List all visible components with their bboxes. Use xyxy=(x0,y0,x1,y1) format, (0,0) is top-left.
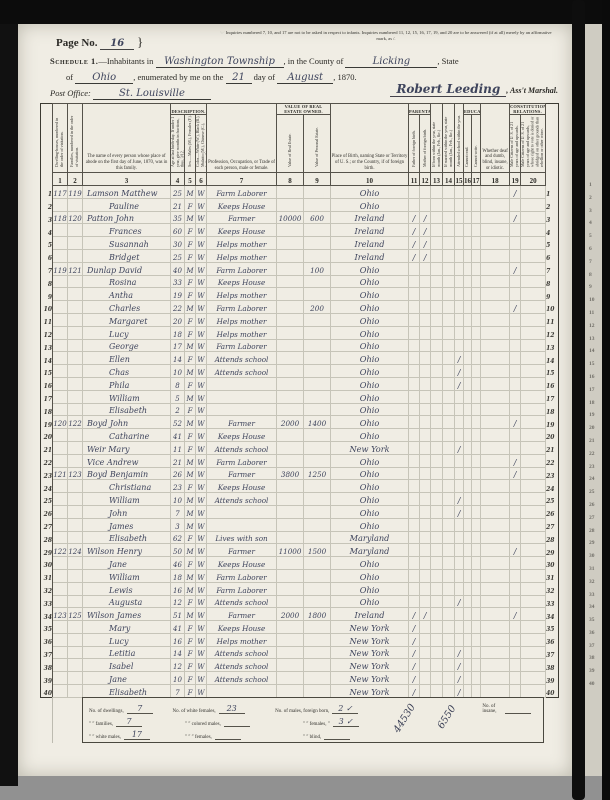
cell-cannot-write-mark xyxy=(472,275,481,288)
cell-real-estate-value xyxy=(277,518,304,531)
cell-real-estate-value xyxy=(277,672,304,685)
cell-personal-estate-value: 100 xyxy=(304,262,331,275)
cell-real-estate-value xyxy=(277,505,304,518)
line-number-left: 39 xyxy=(41,672,53,685)
cell-school-mark: / xyxy=(455,505,464,518)
adjacent-line-number: 31 xyxy=(585,566,602,579)
cell-sex: F xyxy=(185,403,196,416)
cell-mother-foreign-mark: / xyxy=(420,237,431,250)
cell-color: W xyxy=(196,429,207,442)
cell-age: 22 xyxy=(171,301,185,314)
cell-mother-foreign-mark xyxy=(420,633,431,646)
heading-text: , State xyxy=(437,56,458,66)
table-row: 22 Vice Andrew 21 M W Farm Laborer Ohio xyxy=(41,454,559,467)
cell-born-month xyxy=(431,595,443,608)
cell-cannot-write-mark xyxy=(472,352,481,365)
cell-name: Boyd John xyxy=(83,416,171,429)
cell-cannot-read-mark xyxy=(464,249,472,262)
post-office-handwritten: St. Louisville xyxy=(93,89,211,100)
cell-color: W xyxy=(196,339,207,352)
line-number-right: 26 xyxy=(546,505,559,518)
day-handwritten: 21 xyxy=(226,73,252,84)
line-number-right: 5 xyxy=(546,237,559,250)
table-row: 18 Elisabeth 2 F W Ohio xyxy=(41,403,559,416)
cell-married-month xyxy=(443,531,455,544)
cell-male-citizen-mark xyxy=(510,646,521,659)
cell-cannot-write-mark xyxy=(472,237,481,250)
totals-box: No. of dwellings,7 No. of white females,… xyxy=(82,697,544,743)
cell-name: Vice Andrew xyxy=(83,454,171,467)
cell-sex: M xyxy=(185,365,196,378)
cell-color: W xyxy=(196,377,207,390)
cell-name: Bridget xyxy=(83,249,171,262)
cell-color: W xyxy=(196,518,207,531)
cell-vote-denied-mark xyxy=(521,186,546,199)
cell-male-citizen-mark xyxy=(510,429,521,442)
cell-sex: M xyxy=(185,416,196,429)
line-number-left: 10 xyxy=(41,301,53,314)
cell-cannot-read-mark xyxy=(464,621,472,634)
cell-mother-foreign-mark xyxy=(420,557,431,570)
cell-married-month xyxy=(443,224,455,237)
cell-real-estate-value xyxy=(277,659,304,672)
table-row: 32 Lewis 16 M W Farm Laborer Ohio xyxy=(41,582,559,595)
group-constitutional: Constitutional Relations. xyxy=(510,104,546,115)
line-number-right: 35 xyxy=(546,621,559,634)
cell-cannot-read-mark xyxy=(464,672,472,685)
cell-cannot-write-mark xyxy=(472,621,481,634)
cell-born-month xyxy=(431,672,443,685)
cell-cannot-read-mark xyxy=(464,659,472,672)
cell-born-month xyxy=(431,621,443,634)
cell-age: 12 xyxy=(171,659,185,672)
cell-family-number xyxy=(68,557,83,570)
line-number-right: 34 xyxy=(546,608,559,621)
cell-mother-foreign-mark xyxy=(420,390,431,403)
line-number-right: 28 xyxy=(546,531,559,544)
cell-cannot-read-mark xyxy=(464,224,472,237)
cell-school-mark xyxy=(455,198,464,211)
line-number-right: 7 xyxy=(546,262,559,275)
cell-real-estate-value: 2000 xyxy=(277,608,304,621)
line-number-left: 14 xyxy=(41,352,53,365)
cell-name: Dunlap David xyxy=(83,262,171,275)
cell-birthplace: Ohio xyxy=(331,416,409,429)
cell-male-citizen-mark: / xyxy=(510,416,521,429)
cell-occupation: Farm Laborer xyxy=(207,301,277,314)
cell-dwelling-number xyxy=(53,403,68,416)
cell-married-month xyxy=(443,301,455,314)
cell-sex: F xyxy=(185,659,196,672)
cell-personal-estate-value xyxy=(304,224,331,237)
cell-personal-estate-value xyxy=(304,249,331,262)
cell-personal-estate-value xyxy=(304,390,331,403)
line-number-left: 1 xyxy=(41,186,53,199)
table-row: 27 James 3 M W Ohio xyxy=(41,518,559,531)
heading-text: , enumerated by me on the xyxy=(133,72,223,82)
table-row: 1 117 119 Lamson Matthew 25 M W Farm Lab… xyxy=(41,186,559,199)
cell-cannot-write-mark xyxy=(472,672,481,685)
cell-school-mark: / xyxy=(455,595,464,608)
cell-personal-estate-value: 1800 xyxy=(304,608,331,621)
cell-age: 23 xyxy=(171,480,185,493)
cell-color: W xyxy=(196,416,207,429)
cell-deaf-dumb xyxy=(481,467,510,480)
township-handwritten: Washington Township xyxy=(156,57,284,68)
cell-mother-foreign-mark xyxy=(420,685,431,698)
line-number-right: 32 xyxy=(546,582,559,595)
cell-personal-estate-value xyxy=(304,313,331,326)
cell-personal-estate-value xyxy=(304,326,331,339)
line-number-right: 10 xyxy=(546,301,559,314)
line-number-left: 12 xyxy=(41,326,53,339)
cell-cannot-write-mark xyxy=(472,262,481,275)
cell-dwelling-number xyxy=(53,237,68,250)
cell-name: Charles xyxy=(83,301,171,314)
cell-family-number xyxy=(68,339,83,352)
line-number-right: 38 xyxy=(546,659,559,672)
cell-father-foreign-mark xyxy=(409,313,420,326)
totals-value-handwritten xyxy=(215,739,241,740)
cell-dwelling-number xyxy=(53,659,68,672)
cell-family-number: 121 xyxy=(68,262,83,275)
group-parentage: Parentage. xyxy=(409,104,431,115)
cell-deaf-dumb xyxy=(481,275,510,288)
cell-mother-foreign-mark xyxy=(420,377,431,390)
column-number: 15 xyxy=(455,173,464,186)
cell-occupation: Attends school xyxy=(207,595,277,608)
adjacent-line-number: 15 xyxy=(585,361,602,374)
totals-value-handwritten: 7 xyxy=(116,718,142,727)
cell-sex: F xyxy=(185,313,196,326)
column-number: 19 xyxy=(510,173,521,186)
line-number-left: 2 xyxy=(41,198,53,211)
cell-father-foreign-mark xyxy=(409,454,420,467)
line-number-right: 8 xyxy=(546,275,559,288)
cell-dwelling-number xyxy=(53,352,68,365)
cell-age: 41 xyxy=(171,621,185,634)
cell-personal-estate-value xyxy=(304,275,331,288)
cell-mother-foreign-mark xyxy=(420,454,431,467)
adjacent-line-number: 9 xyxy=(585,284,602,297)
cell-occupation: Helps mother xyxy=(207,288,277,301)
table-row: 8 Rosina 33 F W Keeps House Ohio xyxy=(41,275,559,288)
adjacent-line-number: 23 xyxy=(585,464,602,477)
heading-text: , 1870. xyxy=(333,72,356,82)
cell-dwelling-number xyxy=(53,633,68,646)
cell-school-mark: / xyxy=(455,377,464,390)
cell-male-citizen-mark xyxy=(510,403,521,416)
line-number-right: 9 xyxy=(546,288,559,301)
cell-married-month xyxy=(443,595,455,608)
cell-name: Antha xyxy=(83,288,171,301)
cell-father-foreign-mark xyxy=(409,544,420,557)
cell-school-mark xyxy=(455,569,464,582)
cell-color: W xyxy=(196,454,207,467)
cell-real-estate-value xyxy=(277,403,304,416)
cell-born-month xyxy=(431,365,443,378)
cell-married-month xyxy=(443,390,455,403)
cell-birthplace: New York xyxy=(331,685,409,698)
cell-deaf-dumb xyxy=(481,301,510,314)
cell-birthplace: Ohio xyxy=(331,403,409,416)
cell-real-estate-value xyxy=(277,365,304,378)
column-number: 5 xyxy=(185,173,196,186)
cell-occupation: Keeps House xyxy=(207,557,277,570)
cell-dwelling-number: 121 xyxy=(53,467,68,480)
cell-occupation: Farm Laborer xyxy=(207,339,277,352)
cell-dwelling-number: 123 xyxy=(53,608,68,621)
cell-sex: M xyxy=(185,211,196,224)
line-number-left: 16 xyxy=(41,377,53,390)
cell-real-estate-value xyxy=(277,262,304,275)
cell-family-number xyxy=(68,659,83,672)
cell-school-mark xyxy=(455,301,464,314)
cell-family-number: 125 xyxy=(68,608,83,621)
cell-age: 7 xyxy=(171,685,185,698)
cell-dwelling-number xyxy=(53,595,68,608)
cell-real-estate-value xyxy=(277,685,304,698)
cell-age: 41 xyxy=(171,429,185,442)
cell-age: 16 xyxy=(171,633,185,646)
cell-color: W xyxy=(196,198,207,211)
cell-father-foreign-mark xyxy=(409,505,420,518)
totals-value-handwritten: 3 ✓ xyxy=(333,718,359,727)
cell-born-month xyxy=(431,685,443,698)
cell-family-number xyxy=(68,569,83,582)
instructions-text: Inquiries numbered 7, 10, and 17 are not… xyxy=(226,30,552,41)
line-number-gutter xyxy=(41,104,53,186)
cell-birthplace: New York xyxy=(331,646,409,659)
adjacent-line-number: 16 xyxy=(585,374,602,387)
cell-male-citizen-mark xyxy=(510,365,521,378)
adjacent-line-number: 20 xyxy=(585,425,602,438)
cell-color: W xyxy=(196,313,207,326)
cell-name: Augusta xyxy=(83,595,171,608)
cell-school-mark xyxy=(455,531,464,544)
cell-personal-estate-value xyxy=(304,518,331,531)
cell-dwelling-number xyxy=(53,531,68,544)
cell-mother-foreign-mark xyxy=(420,505,431,518)
cell-age: 50 xyxy=(171,544,185,557)
cell-color: W xyxy=(196,621,207,634)
cell-married-month xyxy=(443,377,455,390)
cell-vote-denied-mark xyxy=(521,365,546,378)
cell-married-month xyxy=(443,544,455,557)
cell-married-month xyxy=(443,608,455,621)
column-number: 20 xyxy=(521,173,546,186)
cell-personal-estate-value xyxy=(304,505,331,518)
cell-real-estate-value xyxy=(277,275,304,288)
cell-cannot-read-mark xyxy=(464,633,472,646)
cell-dwelling-number xyxy=(53,518,68,531)
cell-father-foreign-mark: / xyxy=(409,608,420,621)
cell-family-number xyxy=(68,633,83,646)
line-number-left: 8 xyxy=(41,275,53,288)
cell-deaf-dumb xyxy=(481,429,510,442)
cell-born-month xyxy=(431,493,443,506)
cell-birthplace: Ohio xyxy=(331,480,409,493)
cell-color: W xyxy=(196,672,207,685)
line-number-left: 24 xyxy=(41,480,53,493)
cell-school-mark xyxy=(455,557,464,570)
cell-color: W xyxy=(196,365,207,378)
cell-mother-foreign-mark xyxy=(420,493,431,506)
census-sheet: Page No. 16 } ☞ Inquiries numbered 7, 10… xyxy=(18,24,572,776)
cell-family-number: 120 xyxy=(68,211,83,224)
cell-father-foreign-mark xyxy=(409,377,420,390)
cell-vote-denied-mark xyxy=(521,441,546,454)
cell-occupation: Keeps House xyxy=(207,480,277,493)
cell-color: W xyxy=(196,275,207,288)
cell-birthplace: Ohio xyxy=(331,186,409,199)
cell-birthplace: Ohio xyxy=(331,275,409,288)
line-number-left: 6 xyxy=(41,249,53,262)
col-header-cannot-read: Cannot read. xyxy=(464,115,472,173)
line-number-left: 33 xyxy=(41,595,53,608)
cell-real-estate-value xyxy=(277,569,304,582)
cell-age: 18 xyxy=(171,569,185,582)
col-header-school: Attended school within the year. xyxy=(455,104,464,173)
cell-dwelling-number xyxy=(53,621,68,634)
table-row: 40 Elisabeth 7 F W New York / / xyxy=(41,685,559,698)
line-number-left: 11 xyxy=(41,313,53,326)
cell-occupation: Attends school xyxy=(207,493,277,506)
cell-birthplace: Ohio xyxy=(331,569,409,582)
cell-occupation: Farmer xyxy=(207,544,277,557)
cell-personal-estate-value: 1250 xyxy=(304,467,331,480)
cell-family-number xyxy=(68,621,83,634)
cell-school-mark xyxy=(455,633,464,646)
cell-age: 21 xyxy=(171,198,185,211)
cell-school-mark: / xyxy=(455,352,464,365)
cell-name: Lucy xyxy=(83,633,171,646)
cell-birthplace: Ohio xyxy=(331,339,409,352)
line-number-right: 27 xyxy=(546,518,559,531)
adjacent-line-number: 21 xyxy=(585,438,602,451)
cell-sex: M xyxy=(185,454,196,467)
cell-born-month xyxy=(431,531,443,544)
cell-married-month xyxy=(443,275,455,288)
line-number-left: 28 xyxy=(41,531,53,544)
cell-real-estate-value xyxy=(277,237,304,250)
line-number-right: 24 xyxy=(546,480,559,493)
cell-male-citizen-mark: / xyxy=(510,467,521,480)
cell-mother-foreign-mark: / xyxy=(420,224,431,237)
line-number-left: 25 xyxy=(41,493,53,506)
cell-father-foreign-mark: / xyxy=(409,249,420,262)
cell-vote-denied-mark xyxy=(521,416,546,429)
cell-mother-foreign-mark xyxy=(420,429,431,442)
cell-cannot-read-mark xyxy=(464,416,472,429)
cell-cannot-read-mark xyxy=(464,518,472,531)
cell-born-month xyxy=(431,429,443,442)
cell-deaf-dumb xyxy=(481,326,510,339)
totals-label: No. of insane, xyxy=(482,704,502,714)
cell-personal-estate-value xyxy=(304,377,331,390)
cell-real-estate-value xyxy=(277,339,304,352)
cell-occupation: Attends school xyxy=(207,646,277,659)
col-header-birthplace: Place of Birth, naming State or Territor… xyxy=(331,104,409,173)
cell-family-number xyxy=(68,505,83,518)
cell-sex: F xyxy=(185,633,196,646)
totals-value-handwritten: 23 xyxy=(219,705,245,714)
cell-occupation: Keeps House xyxy=(207,224,277,237)
cell-personal-estate-value: 600 xyxy=(304,211,331,224)
line-number-left: 26 xyxy=(41,505,53,518)
cell-male-citizen-mark xyxy=(510,480,521,493)
cell-age: 5 xyxy=(171,390,185,403)
cell-birthplace: Ohio xyxy=(331,595,409,608)
cell-vote-denied-mark xyxy=(521,262,546,275)
cell-cannot-read-mark xyxy=(464,237,472,250)
cell-cannot-read-mark xyxy=(464,262,472,275)
cell-mother-foreign-mark xyxy=(420,595,431,608)
schedule-heading-line1: Schedule 1.—Inhabitants in Washington To… xyxy=(50,56,562,68)
column-number: 11 xyxy=(409,173,420,186)
cell-vote-denied-mark xyxy=(521,211,546,224)
cell-born-month xyxy=(431,224,443,237)
cell-cannot-write-mark xyxy=(472,377,481,390)
cell-school-mark: / xyxy=(455,493,464,506)
cell-mother-foreign-mark xyxy=(420,365,431,378)
cell-male-citizen-mark xyxy=(510,313,521,326)
cell-father-foreign-mark xyxy=(409,416,420,429)
cell-father-foreign-mark xyxy=(409,518,420,531)
cell-father-foreign-mark xyxy=(409,403,420,416)
cell-mother-foreign-mark: / xyxy=(420,249,431,262)
cell-male-citizen-mark xyxy=(510,224,521,237)
cell-cannot-write-mark xyxy=(472,505,481,518)
cell-born-month xyxy=(431,480,443,493)
cell-mother-foreign-mark xyxy=(420,531,431,544)
cell-sex: F xyxy=(185,352,196,365)
col-header-father-foreign: Father of foreign birth. xyxy=(409,115,420,173)
cell-family-number xyxy=(68,377,83,390)
cell-occupation: Farm Laborer xyxy=(207,262,277,275)
cell-cannot-write-mark xyxy=(472,339,481,352)
cell-personal-estate-value xyxy=(304,685,331,698)
cell-birthplace: Maryland xyxy=(331,531,409,544)
cell-occupation: Attends school xyxy=(207,365,277,378)
cell-dwelling-number xyxy=(53,275,68,288)
totals-label: ″ ″ females, ″ xyxy=(303,722,330,727)
cell-sex: M xyxy=(185,301,196,314)
cell-school-mark xyxy=(455,621,464,634)
cell-sex: F xyxy=(185,429,196,442)
instructions-note: ☞ Inquiries numbered 7, 10, and 17 are n… xyxy=(218,30,554,42)
line-number-right: 37 xyxy=(546,646,559,659)
cell-age: 16 xyxy=(171,582,185,595)
cell-male-citizen-mark xyxy=(510,518,521,531)
cell-cannot-read-mark xyxy=(464,352,472,365)
cell-color: W xyxy=(196,569,207,582)
line-number-right: 17 xyxy=(546,390,559,403)
cell-sex: M xyxy=(185,582,196,595)
cell-father-foreign-mark: / xyxy=(409,224,420,237)
cell-father-foreign-mark xyxy=(409,186,420,199)
cell-personal-estate-value xyxy=(304,595,331,608)
cell-real-estate-value xyxy=(277,480,304,493)
cell-married-month xyxy=(443,352,455,365)
cell-color: W xyxy=(196,352,207,365)
cell-occupation: Farm Laborer xyxy=(207,569,277,582)
cell-age: 35 xyxy=(171,211,185,224)
cell-vote-denied-mark xyxy=(521,582,546,595)
cell-cannot-read-mark xyxy=(464,339,472,352)
cell-vote-denied-mark xyxy=(521,403,546,416)
line-number-right: 39 xyxy=(546,672,559,685)
